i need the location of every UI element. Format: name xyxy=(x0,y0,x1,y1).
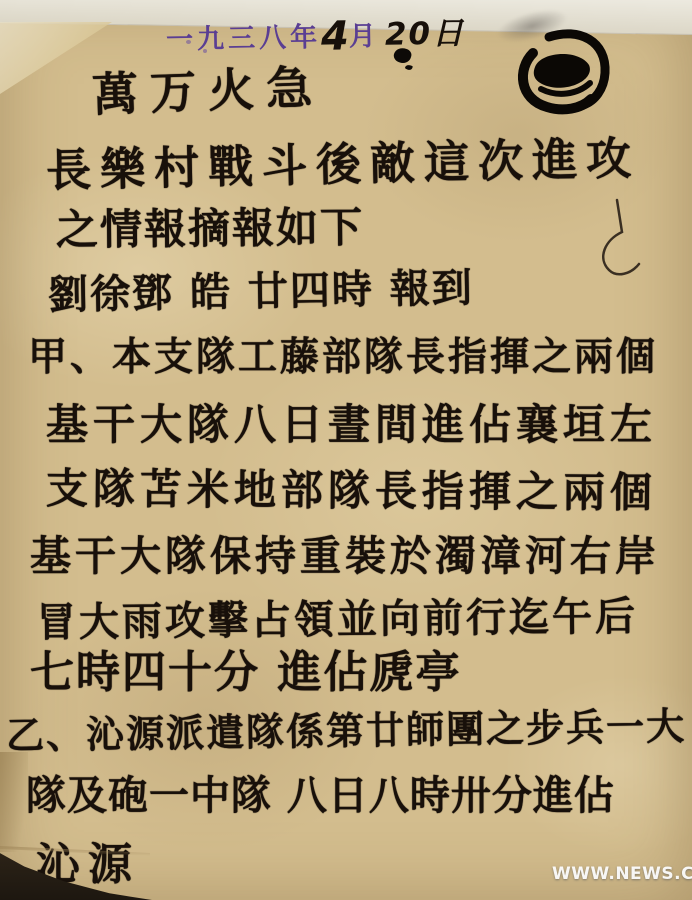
handwritten-line: 支隊苫米地部隊長指揮之兩個 xyxy=(46,456,657,520)
date-month-char: 月 xyxy=(349,21,381,53)
ink-circle-scribble-icon xyxy=(505,25,625,120)
handwritten-line: 基干大隊八日晝間進佔襄垣左 xyxy=(46,392,657,452)
paper-edge-shade xyxy=(0,752,28,852)
document-page: 一九三八年4月 20日 萬万火急 長樂村戰斗後敵這次進攻 之情報摘報如下 劉徐鄧… xyxy=(0,0,692,900)
handwritten-line: 甲、本支隊工藤部隊長指揮之兩個 xyxy=(28,326,658,382)
urgency-heading: 萬万火急 xyxy=(91,51,325,125)
handwritten-line: 之情報摘報如下 xyxy=(56,195,365,258)
handwritten-line: 七時四十分 進佔虒亭 xyxy=(30,636,461,700)
handwritten-line: 劉徐鄧 皓 廿四時 報到 xyxy=(48,256,475,320)
handwritten-line: 隊及砲一中隊 八日八時卅分進佔 xyxy=(26,764,615,821)
handwritten-line: 乙、沁源派遣隊係第廿師團之步兵一大 xyxy=(6,695,687,759)
date-day: 20日 xyxy=(385,15,466,52)
handwritten-line: 基干大隊保持重裝於濁漳河右岸 xyxy=(30,523,660,582)
handwritten-line: 長樂村戰斗後敵這次進攻 xyxy=(45,122,640,199)
date-year: 一九三八年 xyxy=(166,22,322,56)
date-month-number: 4 xyxy=(321,13,350,59)
pen-hook-mark-icon xyxy=(585,192,645,287)
watermark: WWW.NEWS.CN xyxy=(552,864,692,884)
